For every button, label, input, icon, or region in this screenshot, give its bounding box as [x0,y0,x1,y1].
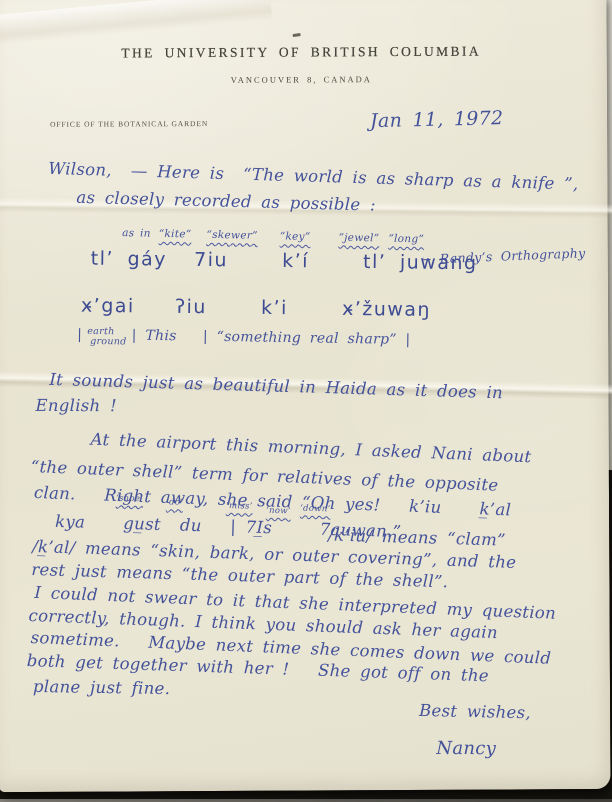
recorded-line: as closely recorded as possible : [76,188,376,215]
kya-annotation-miss: ‘miss’ [226,501,253,512]
paper-crease-top [0,0,272,47]
guide-word-kite: “kite” [159,228,192,241]
guide-word-key: “key” [280,230,311,243]
letterhead-print-mark [292,33,300,37]
guide-prefix: as in [122,227,151,240]
body-line: English ! [35,396,117,415]
kya-annotation-shoe: ‘shoe’ [116,493,143,504]
kya-annotation-do: ‘do’ [166,497,183,508]
signature: Nancy [436,738,496,760]
body-line: plane just fine. [33,677,171,698]
gloss-line: | earth ground | This | “something real … [77,327,411,352]
guide-word-long: “long” [388,233,424,246]
orthography-note: ← Randy’s Orthography [420,245,585,267]
haida-transcription-line-2: x̵’gai ʔiu k’i x̵’žuwaŋ [81,295,431,321]
handwritten-date: Jan 11, 1972 [370,107,504,132]
scan-background: { "letterhead": { "university": "THE UNI… [0,0,612,802]
kiu-clam-line: /k’iu/ means “clam” [328,525,506,549]
gloss-ground: ground [90,337,127,348]
body-line: It sounds just as beautiful in Haida as … [49,370,503,402]
gloss-earth-ground-stack: earth ground [87,327,127,348]
body-line: At the airport this morning, I asked Nan… [90,430,531,467]
letterhead-university-name: THE UNIVERSITY OF BRITISH COLUMBIA [0,43,607,62]
closing-line: Best wishes, [419,701,531,722]
gloss-rest: | This | “something real sharp” | [132,328,411,348]
letter-paper: THE UNIVERSITY OF BRITISH COLUMBIA VANCO… [0,0,611,792]
kya-annotation-down: ‘down’ [300,504,331,515]
gloss-bar: | [77,327,82,343]
guide-word-jewel: “jewel” [338,232,379,245]
kya-annotation-now: ‘now’ [266,506,291,517]
letterhead-address: VANCOUVER 8, CANADA [0,73,607,86]
letterhead-office-name: OFFICE OF THE BOTANICAL GARDEN [50,119,208,129]
guide-word-skewer: “skewer” [206,229,258,242]
